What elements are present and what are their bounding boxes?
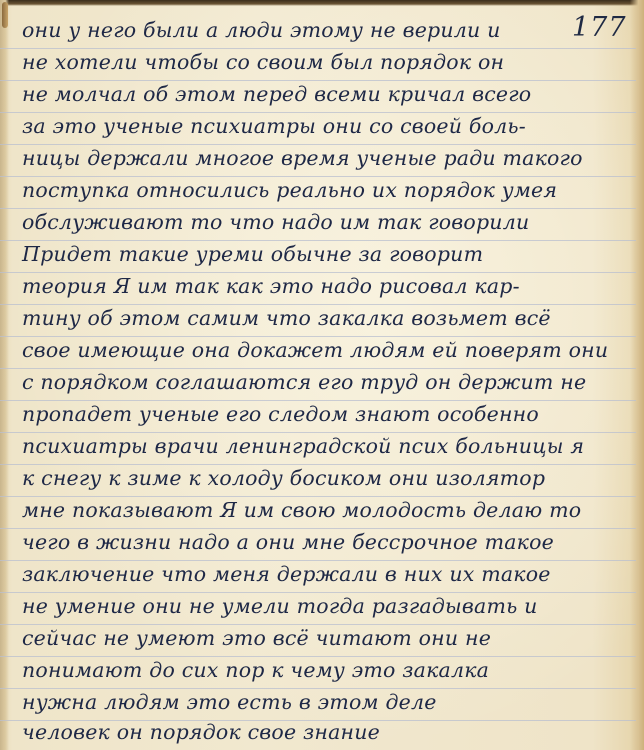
ruled-line [0, 560, 636, 561]
ruled-line [0, 176, 636, 177]
handwritten-line: чего в жизни надо а они мне бессрочное т… [22, 530, 554, 554]
ruled-line [0, 304, 636, 305]
handwritten-line: ницы держали многое время ученые ради та… [22, 146, 583, 170]
ruled-line [0, 688, 636, 689]
handwritten-line: нужна людям это есть в этом деле [22, 690, 437, 714]
handwritten-line: пропадет ученые его следом знают особенн… [22, 402, 539, 426]
ruled-line [0, 496, 636, 497]
ruled-line [0, 432, 636, 433]
binding-clip [2, 2, 8, 28]
page-top-edge [0, 0, 644, 6]
handwritten-line: обслуживают то что надо им так говорили [22, 210, 529, 234]
ruled-line [0, 368, 636, 369]
ruled-line [0, 112, 636, 113]
ruled-line [0, 336, 636, 337]
notebook-page: 177 они у него были а люди этому не вери… [0, 0, 644, 750]
ruled-line [0, 240, 636, 241]
ruled-line [0, 656, 636, 657]
ruled-line [0, 144, 636, 145]
handwritten-line: тину об этом самим что закалка возьмет в… [22, 306, 551, 330]
handwritten-line: поступка относились реально их порядок у… [22, 178, 557, 202]
handwritten-line: заключение что меня держали в них их так… [22, 562, 551, 586]
handwritten-line: за это ученые психиатры они со своей бол… [22, 114, 526, 138]
ruled-line [0, 624, 636, 625]
handwritten-line: свое имеющие она докажет людям ей поверя… [22, 338, 608, 362]
handwritten-line: они у него были а люди этому не верили и [22, 18, 501, 42]
ruled-line [0, 400, 636, 401]
ruled-line [0, 48, 636, 49]
handwritten-line: теория Я им так как это надо рисовал кар… [22, 274, 520, 298]
handwritten-line: к снегу к зиме к холоду босиком они изол… [22, 466, 545, 490]
handwritten-line: психиатры врачи ленинградской псих больн… [22, 434, 584, 458]
handwritten-line: мне показывают Я им свою молодость делаю… [22, 498, 581, 522]
ruled-line [0, 464, 636, 465]
handwritten-line: понимают до сих пор к чему это закалка [22, 658, 489, 682]
handwritten-line: не хотели чтобы со своим был порядок он [22, 50, 504, 74]
handwritten-line: человек он порядок свое знание [22, 720, 380, 744]
ruled-line [0, 80, 636, 81]
ruled-line [0, 528, 636, 529]
page-number: 177 [572, 12, 627, 43]
handwritten-line: с порядком соглашаются его труд он держи… [22, 370, 586, 394]
ruled-line [0, 592, 636, 593]
ruled-line [0, 272, 636, 273]
handwritten-line: не молчал об этом перед всеми кричал все… [22, 82, 531, 106]
ruled-line [0, 208, 636, 209]
handwritten-line: сейчас не умеют это всё читают они не [22, 626, 491, 650]
handwritten-line: не умение они не умели тогда разгадывать… [22, 594, 538, 618]
handwritten-line: Придет такие уреми обычне за говорит [22, 242, 483, 266]
